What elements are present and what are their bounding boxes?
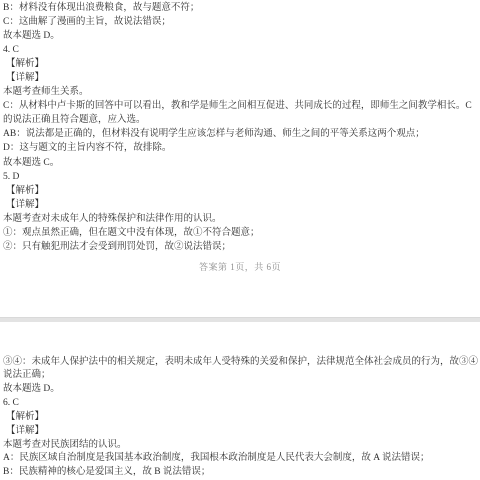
text-line: 说法正确； [0, 369, 480, 383]
text-line: 的说法正确且符合题意，应入选。 [0, 113, 480, 127]
text-line: 【详解】 [0, 71, 480, 85]
text-line: 本题考查对未成年人的特殊保护和法律作用的认识。 [0, 212, 480, 226]
text-line: 4. C [0, 43, 480, 57]
text-line: ③④：未成年人保护法中的相关规定，表明未成年人受特殊的关爱和保护，法律规范全体社… [0, 356, 480, 370]
text-line: 6. C [0, 397, 480, 411]
text-line: ①：观点虽然正确，但在题文中没有体现，故①不符合题意； [0, 226, 480, 240]
page-2-text-block: ③④：未成年人保护法中的相关规定，表明未成年人受特殊的关爱和保护，法律规范全体社… [0, 356, 480, 480]
text-line: ②：只有触犯刑法才会受到刑罚处罚，故②说法错误； [0, 240, 480, 254]
text-line: 【解析】 [0, 411, 480, 425]
text-line: C：从材料中卢卡斯的回答中可以看出，教和学是师生之间相互促进、共同成长的过程，即… [0, 99, 480, 113]
page-1-text-block: B：材料没有体现出浪费粮食，故与题意不符；C：这曲解了漫画的主旨，故说法错误；故… [0, 0, 480, 254]
text-line: 【解析】 [0, 184, 480, 198]
text-line: 故本题选 C。 [0, 156, 480, 170]
page-2: ③④：未成年人保护法中的相关规定，表明未成年人受特殊的关爱和保护，法律规范全体社… [0, 322, 480, 480]
text-line: 故本题选 D。 [0, 383, 480, 397]
text-line: 【解析】 [0, 57, 480, 71]
page-footer: 答案第 1页，共 6页 [0, 260, 480, 274]
text-line: 5. D [0, 170, 480, 184]
text-line: 本题考查对民族团结的认识。 [0, 439, 480, 453]
text-line: B：民族精神的核心是爱国主义，故 B 说法错误； [0, 466, 480, 480]
text-line: 故本题选 D。 [0, 29, 480, 43]
document-viewer[interactable]: B：材料没有体现出浪费粮食，故与题意不符；C：这曲解了漫画的主旨，故说法错误；故… [0, 0, 480, 480]
text-line: D：这与题文的主旨内容不符，故排除。 [0, 141, 480, 155]
text-line: A：民族区域自治制度是我国基本政治制度，我国根本政治制度是人民代表大会制度，故 … [0, 452, 480, 466]
text-line: C：这曲解了漫画的主旨，故说法错误； [0, 15, 480, 29]
text-line: AB：说法都是正确的，但材料没有说明学生应该怎样与老师沟通、师生之间的平等关系这… [0, 127, 480, 141]
text-line: 【详解】 [0, 198, 480, 212]
text-line: 本题考查师生关系。 [0, 85, 480, 99]
text-line: 【详解】 [0, 425, 480, 439]
text-line: B：材料没有体现出浪费粮食，故与题意不符； [0, 1, 480, 15]
page-1: B：材料没有体现出浪费粮食，故与题意不符；C：这曲解了漫画的主旨，故说法错误；故… [0, 0, 480, 317]
